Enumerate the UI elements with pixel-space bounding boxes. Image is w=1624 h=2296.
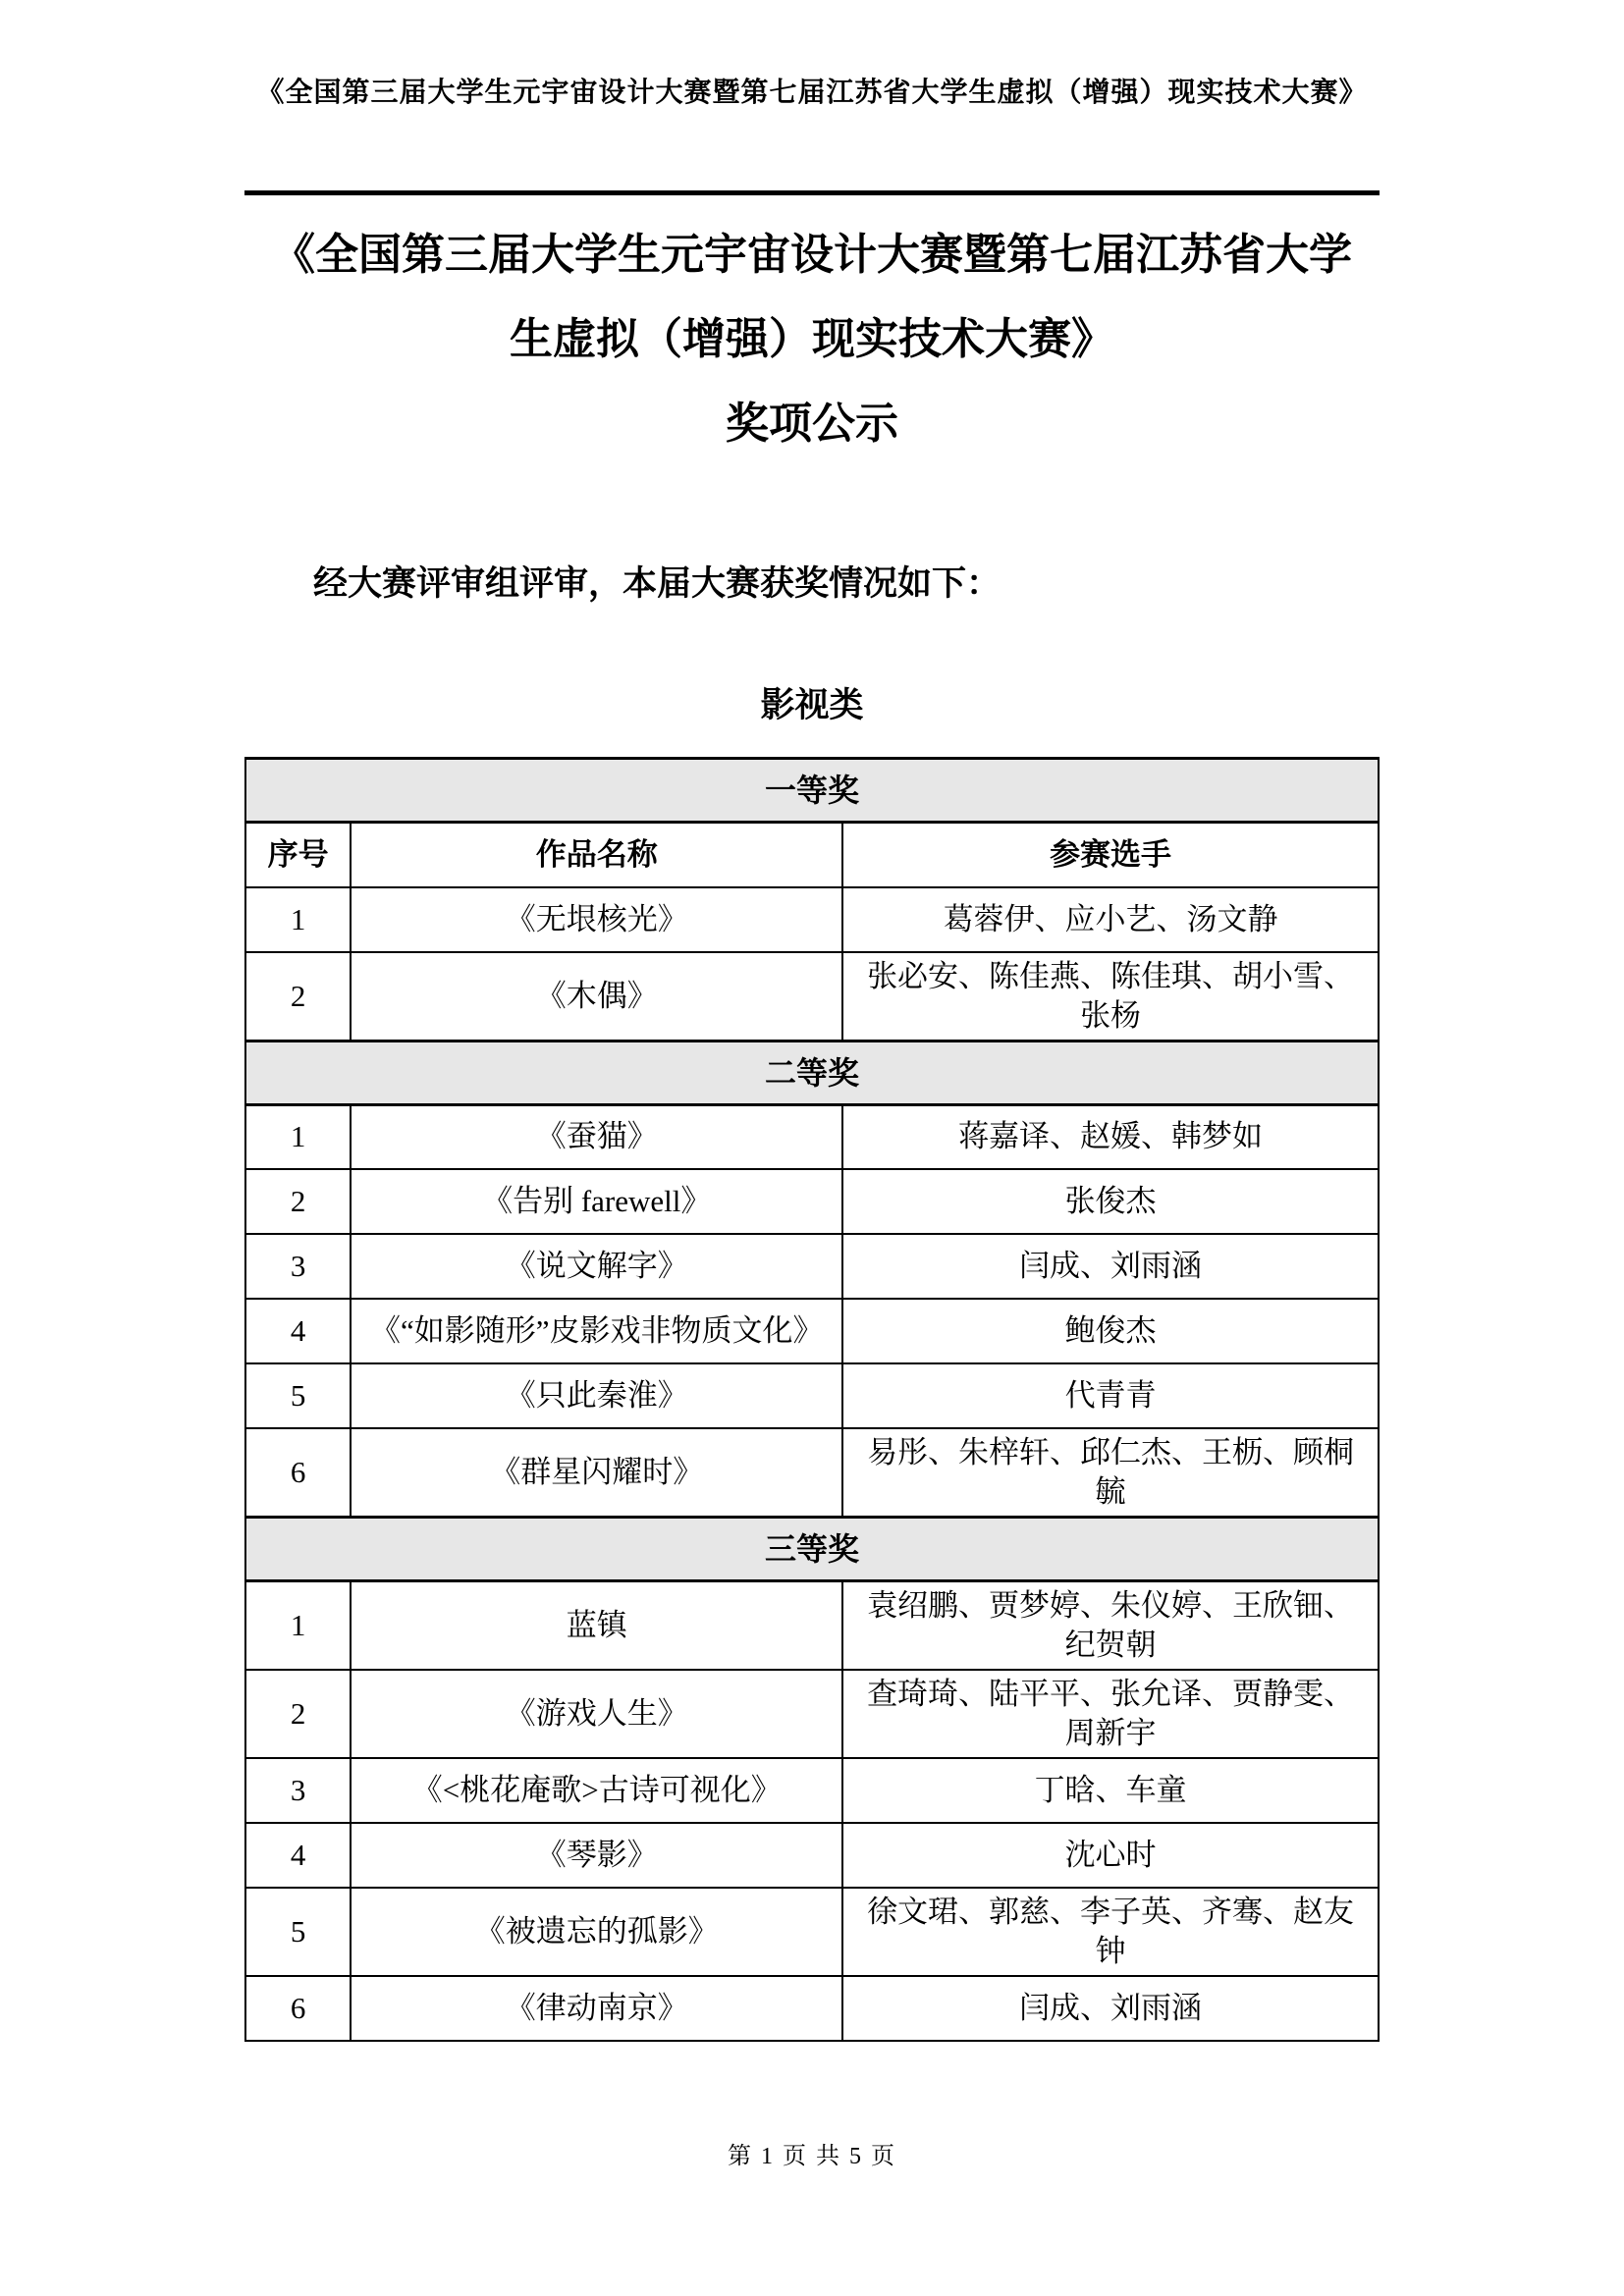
table-row: 3《<桃花庵歌>古诗可视化》丁晗、车童 (245, 1758, 1379, 1823)
table-row: 3《说文解字》闫成、刘雨涵 (245, 1234, 1379, 1299)
table-row: 2《游戏人生》查琦琦、陆平平、张允译、贾静雯、周新宇 (245, 1670, 1379, 1758)
serial-cell: 4 (245, 1299, 351, 1363)
work-title-cell: 《游戏人生》 (351, 1670, 842, 1758)
table-row: 5《只此秦淮》代青青 (245, 1363, 1379, 1428)
awards-table-body: 一等奖序号作品名称参赛选手1《无垠核光》葛蓉伊、应小艺、汤文静2《木偶》张必安、… (245, 759, 1379, 2042)
document-page: 《全国第三届大学生元宇宙设计大赛暨第七届江苏省大学生虚拟（增强）现实技术大赛》 … (0, 0, 1624, 2296)
work-title-cell: 《木偶》 (351, 952, 842, 1041)
participants-cell: 徐文珺、郭慈、李子英、齐骞、赵友钟 (842, 1888, 1379, 1976)
participants-cell: 丁晗、车童 (842, 1758, 1379, 1823)
serial-cell: 5 (245, 1363, 351, 1428)
award-band-label: 三等奖 (245, 1518, 1379, 1581)
participants-cell: 闫成、刘雨涵 (842, 1976, 1379, 2041)
work-title-cell: 《<桃花庵歌>古诗可视化》 (351, 1758, 842, 1823)
document-content: 《全国第三届大学生元宇宙设计大赛暨第七届江苏省大学生虚拟（增强）现实技术大赛》 … (244, 0, 1380, 2170)
participants-cell: 闫成、刘雨涵 (842, 1234, 1379, 1299)
work-title-cell: 《告别 farewell》 (351, 1169, 842, 1234)
document-title-line2: 生虚拟（增强）现实技术大赛》 (244, 297, 1380, 382)
table-row: 2《告别 farewell》张俊杰 (245, 1169, 1379, 1234)
awards-table: 一等奖序号作品名称参赛选手1《无垠核光》葛蓉伊、应小艺、汤文静2《木偶》张必安、… (244, 757, 1380, 2042)
participants-cell: 葛蓉伊、应小艺、汤文静 (842, 887, 1379, 952)
table-row: 1蓝镇袁绍鹏、贾梦婷、朱仪婷、王欣钿、纪贺朝 (245, 1581, 1379, 1671)
work-title-cell: 《说文解字》 (351, 1234, 842, 1299)
table-row: 1《无垠核光》葛蓉伊、应小艺、汤文静 (245, 887, 1379, 952)
table-row: 5《被遗忘的孤影》徐文珺、郭慈、李子英、齐骞、赵友钟 (245, 1888, 1379, 1976)
serial-cell: 3 (245, 1758, 351, 1823)
serial-cell: 1 (245, 887, 351, 952)
award-announcement-title: 奖项公示 (244, 382, 1380, 466)
work-title-cell: 《无垠核光》 (351, 887, 842, 952)
award-band-label: 一等奖 (245, 759, 1379, 823)
table-row: 4《琴影》沈心时 (245, 1823, 1379, 1888)
table-row: 4《“如影随形”皮影戏非物质文化》鲍俊杰 (245, 1299, 1379, 1363)
participants-cell: 易彤、朱梓轩、邱仁杰、王枥、顾桐毓 (842, 1428, 1379, 1518)
page-running-head: 《全国第三届大学生元宇宙设计大赛暨第七届江苏省大学生虚拟（增强）现实技术大赛》 (244, 0, 1380, 110)
participants-cell: 张俊杰 (842, 1169, 1379, 1234)
participants-cell: 袁绍鹏、贾梦婷、朱仪婷、王欣钿、纪贺朝 (842, 1581, 1379, 1671)
column-header-work: 作品名称 (351, 823, 842, 887)
participants-cell: 张必安、陈佳燕、陈佳琪、胡小雪、张杨 (842, 952, 1379, 1041)
serial-cell: 3 (245, 1234, 351, 1299)
table-row: 1《蚕猫》蒋嘉译、赵媛、韩梦如 (245, 1104, 1379, 1169)
work-title-cell: 蓝镇 (351, 1581, 842, 1671)
serial-cell: 5 (245, 1888, 351, 1976)
award-band-row: 三等奖 (245, 1518, 1379, 1581)
work-title-cell: 《律动南京》 (351, 1976, 842, 2041)
intro-text: 经大赛评审组评审，本届大赛获奖情况如下： (244, 561, 1380, 608)
award-band-row: 二等奖 (245, 1041, 1379, 1104)
table-row: 2《木偶》张必安、陈佳燕、陈佳琪、胡小雪、张杨 (245, 952, 1379, 1041)
serial-cell: 1 (245, 1581, 351, 1671)
serial-cell: 4 (245, 1823, 351, 1888)
work-title-cell: 《蚕猫》 (351, 1104, 842, 1169)
serial-cell: 2 (245, 952, 351, 1041)
work-title-cell: 《只此秦淮》 (351, 1363, 842, 1428)
serial-cell: 1 (245, 1104, 351, 1169)
participants-cell: 沈心时 (842, 1823, 1379, 1888)
work-title-cell: 《群星闪耀时》 (351, 1428, 842, 1518)
participants-cell: 查琦琦、陆平平、张允译、贾静雯、周新宇 (842, 1670, 1379, 1758)
work-title-cell: 《琴影》 (351, 1823, 842, 1888)
award-band-label: 二等奖 (245, 1041, 1379, 1104)
participants-cell: 蒋嘉译、赵媛、韩梦如 (842, 1104, 1379, 1169)
document-title: 《全国第三届大学生元宇宙设计大赛暨第七届江苏省大学 生虚拟（增强）现实技术大赛》… (244, 213, 1380, 466)
document-title-line1: 《全国第三届大学生元宇宙设计大赛暨第七届江苏省大学 (244, 213, 1380, 297)
header-rule (244, 190, 1380, 195)
serial-cell: 2 (245, 1670, 351, 1758)
serial-cell: 2 (245, 1169, 351, 1234)
column-header-participants: 参赛选手 (842, 823, 1379, 887)
participants-cell: 鲍俊杰 (842, 1299, 1379, 1363)
table-row: 6《律动南京》闫成、刘雨涵 (245, 1976, 1379, 2041)
participants-cell: 代青青 (842, 1363, 1379, 1428)
serial-cell: 6 (245, 1428, 351, 1518)
work-title-cell: 《被遗忘的孤影》 (351, 1888, 842, 1976)
award-band-row: 一等奖 (245, 759, 1379, 823)
page-footer: 第 1 页 共 5 页 (244, 2136, 1380, 2170)
column-header-serial: 序号 (245, 823, 351, 887)
work-title-cell: 《“如影随形”皮影戏非物质文化》 (351, 1299, 842, 1363)
serial-cell: 6 (245, 1976, 351, 2041)
table-row: 6《群星闪耀时》易彤、朱梓轩、邱仁杰、王枥、顾桐毓 (245, 1428, 1379, 1518)
category-title: 影视类 (244, 678, 1380, 727)
column-header-row: 序号作品名称参赛选手 (245, 823, 1379, 887)
